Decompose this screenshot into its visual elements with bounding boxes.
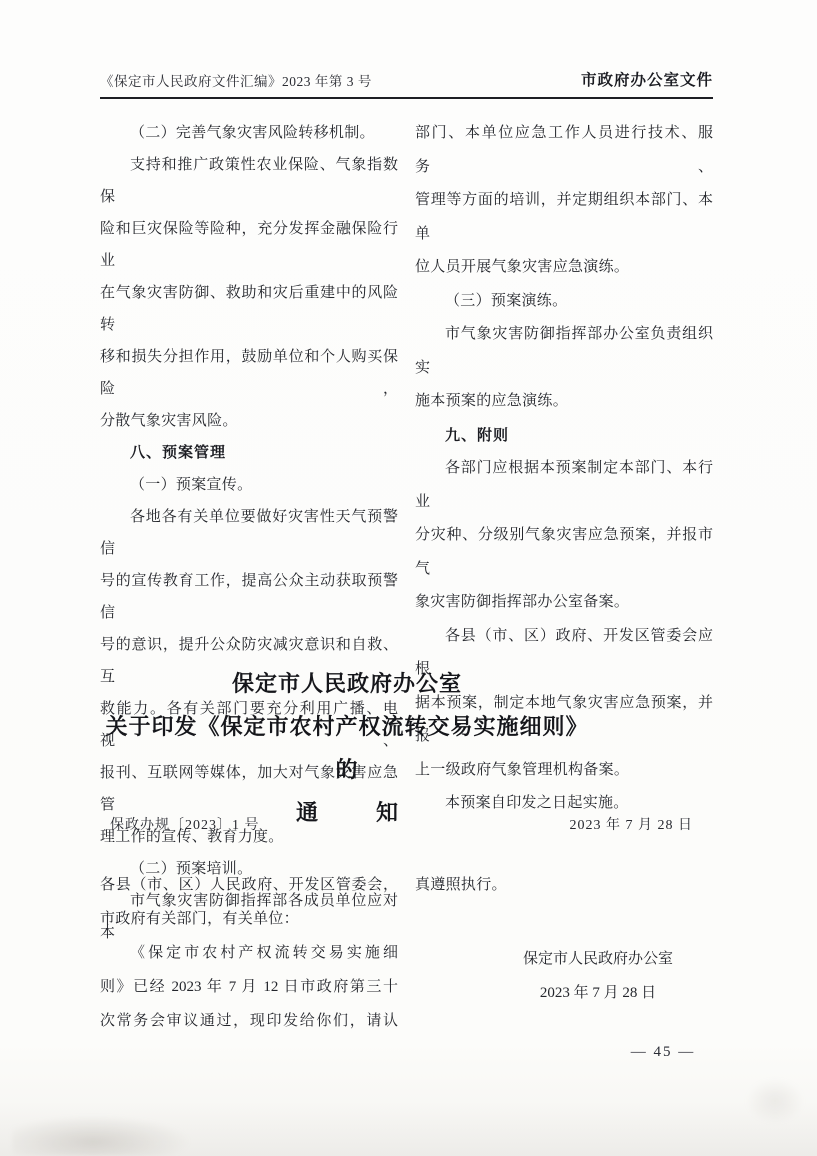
text-line: 在气象灾害防御、救助和灾后重建中的风险转 bbox=[100, 277, 398, 341]
text-line: 则》已经 2023 年 7 月 12 日市政府第三十 bbox=[100, 970, 398, 1004]
section-heading: 八、预案管理 bbox=[100, 437, 398, 469]
scan-artifact bbox=[745, 1078, 805, 1124]
text-line: （二）完善气象灾害风险转移机制。 bbox=[100, 117, 398, 149]
salutation-line: 市政府有关部门，有关单位： bbox=[100, 902, 398, 936]
text-line: 真遵照执行。 bbox=[415, 868, 713, 902]
notice-title-line1: 保定市人民政府办公室 bbox=[97, 662, 597, 705]
text-line: 险和巨灾保险等险种，充分发挥金融保险行业 bbox=[100, 213, 398, 277]
signature-block: 保定市人民政府办公室 2023 年 7 月 28 日 bbox=[483, 942, 713, 1010]
salutation-line: 各县（市、区）人民政府、开发区管委会， bbox=[100, 868, 398, 902]
scan-artifact bbox=[12, 1115, 192, 1156]
text-line: （一）预案宣传。 bbox=[100, 469, 398, 501]
text-line: 管理等方面的培训，并定期组织本部门、本单 bbox=[415, 184, 713, 251]
notice-column-right: 真遵照执行。 保定市人民政府办公室 2023 年 7 月 28 日 bbox=[415, 868, 713, 1038]
text-line: 号的宣传教育工作，提高公众主动获取预警信 bbox=[100, 565, 398, 629]
text-line: 各部门应根据本预案制定本部门、本行业 bbox=[415, 452, 713, 519]
signature: 保定市人民政府办公室 bbox=[483, 942, 713, 976]
text-line: 分灾种、分级别气象灾害应急预案，并报市气 bbox=[415, 519, 713, 586]
text-line: 次常务会审议通过，现印发给你们，请认 bbox=[100, 1004, 398, 1038]
doc-date: 2023 年 7 月 28 日 bbox=[570, 814, 714, 834]
text-line: 施本预案的应急演练。 bbox=[415, 385, 713, 419]
text-line: 各地各有关单位要做好灾害性天气预警信 bbox=[100, 501, 398, 565]
text-line: 位人员开展气象灾害应急演练。 bbox=[415, 251, 713, 285]
page-number: — 45 — bbox=[618, 1044, 708, 1061]
notice-title: 保定市人民政府办公室 关于印发《保定市农村产权流转交易实施细则》的 通 知 bbox=[97, 662, 597, 834]
text-line: 移和损失分担作用，鼓励单位和个人购买保险， bbox=[100, 341, 398, 405]
header-doc-type-label: 市政府办公室文件 bbox=[581, 68, 713, 90]
text-line: 市气象灾害防御指挥部办公室负责组织实 bbox=[415, 318, 713, 385]
text-line: 支持和推广政策性农业保险、气象指数保 bbox=[100, 149, 398, 213]
header-volume-label: 《保定市人民政府文件汇编》2023 年第 3 号 bbox=[100, 70, 372, 90]
section-heading: 九、附则 bbox=[415, 419, 713, 453]
page-header: 《保定市人民政府文件汇编》2023 年第 3 号 市政府办公室文件 bbox=[100, 68, 713, 99]
text-line: 部门、本单位应急工作人员进行技术、服务、 bbox=[415, 117, 713, 184]
doc-meta-row: 保政办规〔2023〕1 号 2023 年 7 月 28 日 bbox=[100, 814, 713, 834]
text-line: 分散气象灾害风险。 bbox=[100, 405, 398, 437]
text-line: 《保定市农村产权流转交易实施细 bbox=[100, 936, 398, 970]
text-line: 象灾害防御指挥部办公室备案。 bbox=[415, 586, 713, 620]
notice-column-left: 各县（市、区）人民政府、开发区管委会， 市政府有关部门，有关单位： 《保定市农村… bbox=[100, 868, 398, 1038]
signature-date: 2023 年 7 月 28 日 bbox=[483, 976, 713, 1010]
document-page: 《保定市人民政府文件汇编》2023 年第 3 号 市政府办公室文件 （二）完善气… bbox=[0, 0, 817, 1156]
doc-number: 保政办规〔2023〕1 号 bbox=[100, 814, 260, 834]
notice-title-line2: 关于印发《保定市农村产权流转交易实施细则》的 bbox=[97, 705, 597, 791]
text-line: （三）预案演练。 bbox=[415, 285, 713, 319]
notice-body: 各县（市、区）人民政府、开发区管委会， 市政府有关部门，有关单位： 《保定市农村… bbox=[100, 868, 713, 1038]
